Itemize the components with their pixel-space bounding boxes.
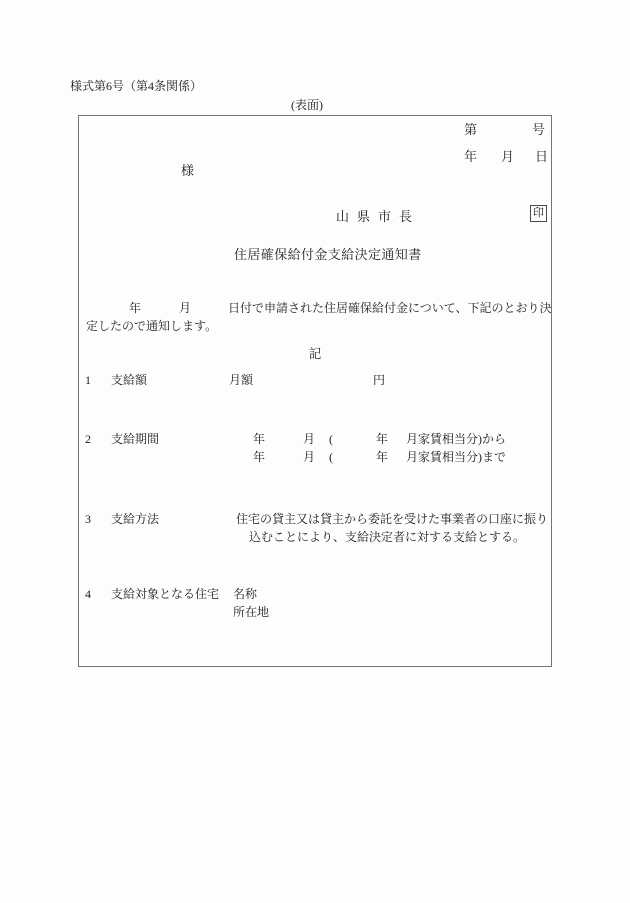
item2-line2-year: 年: [253, 451, 265, 463]
date-month-label: 月: [501, 150, 514, 163]
seal-char: 印: [533, 208, 544, 219]
record-mark: 記: [79, 348, 551, 361]
item1-yen-label: 円: [373, 374, 385, 386]
item2-line1-year: 年: [253, 433, 265, 445]
notice-month-label: 月: [179, 302, 191, 314]
item2-line2-rest: 月家賃相当分)まで: [406, 451, 506, 463]
item2-line1-paren: (: [329, 433, 333, 445]
document-page: 様式第6号（第4条関係） (表面) 第 号 年 月 日 様 山県市長 印 住居確…: [0, 0, 630, 903]
item2-line2-year2: 年: [376, 451, 388, 463]
addressee-honorific: 様: [181, 164, 194, 177]
item3-line1-text: 住宅の貸主又は貸主から委託を受けた事業者の口座に振り: [236, 513, 548, 525]
item2-line2-paren: (: [329, 451, 333, 463]
issuer-name: 山県市長: [336, 210, 420, 223]
date-year-label: 年: [464, 150, 477, 163]
item2-label: 支給期間: [111, 433, 159, 445]
date-day-label: 日: [535, 150, 548, 163]
item4-address-label: 所在地: [233, 606, 269, 618]
form-border-box: 第 号 年 月 日 様 山県市長 印 住居確保給付金支給決定通知書 年 月 日付…: [78, 115, 552, 667]
item2-line1-rest: 月家賃相当分)から: [406, 433, 506, 445]
doc-number-suffix: 号: [532, 123, 545, 136]
item3-number: 3: [85, 513, 91, 525]
item2-number: 2: [85, 433, 91, 445]
item4-number: 4: [85, 588, 91, 600]
item2-line1-year2: 年: [376, 433, 388, 445]
item1-label: 支給額: [111, 374, 147, 386]
item2-line2-month: 月: [303, 451, 315, 463]
item3-label: 支給方法: [111, 513, 159, 525]
seal-box: 印: [530, 205, 547, 222]
document-title: 住居確保給付金支給決定通知書: [234, 248, 422, 261]
page-side-label: (表面): [291, 99, 323, 111]
item1-number: 1: [85, 374, 91, 386]
item1-monthly-label: 月額: [229, 374, 253, 386]
doc-number-prefix: 第: [464, 123, 477, 136]
form-number-label: 様式第6号（第4条関係）: [70, 80, 202, 92]
notice-year-label: 年: [129, 302, 141, 314]
notice-line2-text: 定したので通知します。: [86, 320, 217, 332]
item3-line2-text: 込むことにより、支給決定者に対する支給とする。: [249, 531, 525, 543]
notice-line1-text: 日付で申請された住居確保給付金について、下記のとおり決: [228, 302, 552, 314]
item4-label: 支給対象となる住宅: [111, 588, 219, 600]
item2-line1-month: 月: [303, 433, 315, 445]
item4-name-label: 名称: [233, 588, 257, 600]
